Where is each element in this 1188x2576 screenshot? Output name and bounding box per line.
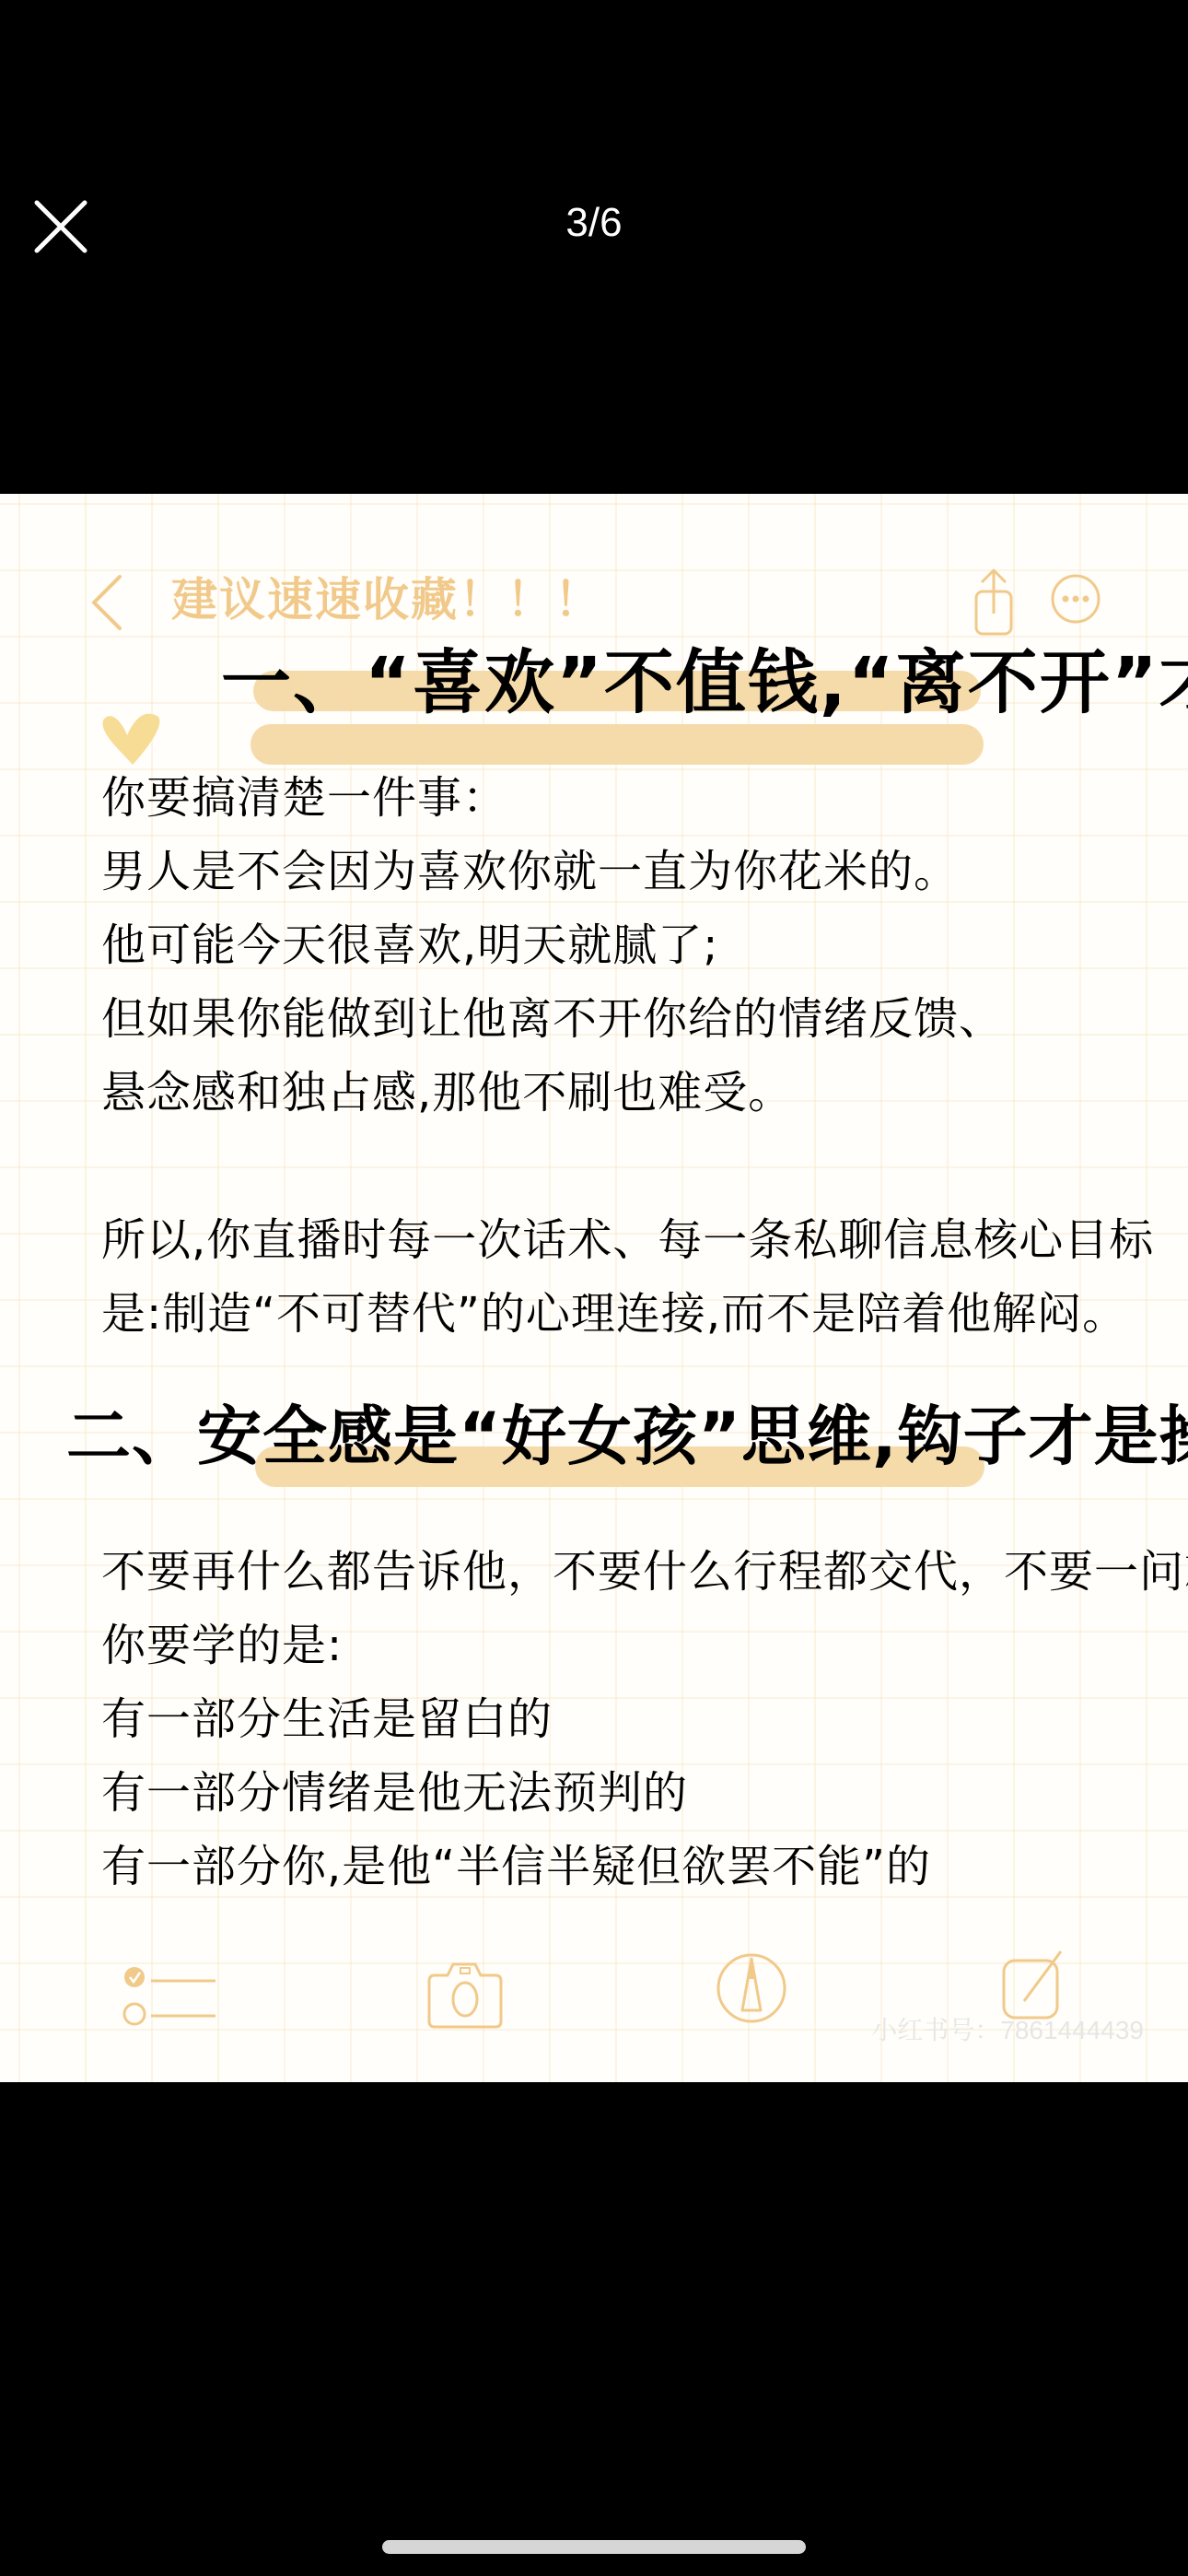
section-2-paragraph: 不要再什么都告诉他，不要什么行程都交代，不要一问就答 你要学的是: 有一部分生活… xyxy=(101,1535,1188,1903)
note-image[interactable]: 建议速速收藏！！！ 一、“喜欢”不值钱,“离不开”才变现 你要搞清楚一件事： 男… xyxy=(0,494,1188,2082)
watermark: 小红书号：7861444439 xyxy=(871,2012,1144,2049)
viewer-top-bar: 3/6 xyxy=(0,0,1188,494)
section-2-heading: 二、安全感是“好女孩”思维,钩子才是操盘逻辑 xyxy=(66,1386,1188,1487)
share-icon xyxy=(971,568,1017,638)
note-title: 建议速速收藏！！！ xyxy=(171,568,602,632)
compass-icon xyxy=(715,1951,788,2025)
compass-button xyxy=(715,1951,788,2025)
image-counter: 3/6 xyxy=(0,195,1188,251)
home-indicator[interactable] xyxy=(382,2540,806,2554)
section-1-paragraph-2: 所以,你直播时每一次话术、每一条私聊信息核心目标 是:制造“不可替代”的心理连接… xyxy=(101,1203,1154,1351)
camera-button xyxy=(424,1959,507,2032)
section-1-heading: 一、“喜欢”不值钱,“离不开”才变现 xyxy=(221,632,1188,733)
more-ellipsis-icon xyxy=(1050,573,1101,625)
section-1-paragraph-1: 你要搞清楚一件事： 男人是不会因为喜欢你就一直为你花米的。 他可能今天很喜欢,明… xyxy=(101,761,1004,1130)
checklist-button xyxy=(120,1959,230,2042)
chevron-left-icon xyxy=(88,573,125,632)
camera-icon xyxy=(424,1959,507,2032)
checklist-icon xyxy=(120,1959,230,2042)
